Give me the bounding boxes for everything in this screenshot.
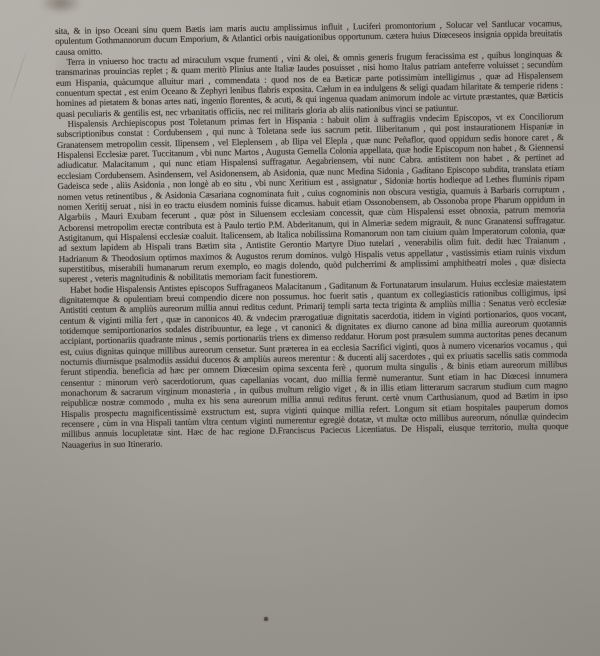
scanned-book-page: sita, & in ipso Oceani sinu quem Bætis i… (0, 0, 600, 656)
paper-speck (264, 617, 268, 621)
paragraph-terra: Terra in vniuerso hoc tractu ad miraculu… (55, 49, 563, 119)
page-text: sita, & in ipso Oceani sinu quem Bætis i… (55, 18, 569, 450)
paper-stain (40, 0, 82, 14)
paragraph-archiepiscopus: Hispalensis Archiepiscopus post Toletanu… (56, 111, 566, 284)
paper-scratch (7, 42, 30, 109)
paragraph-habet-hodie: Habet hodie Hispalensis Antistes episcop… (59, 277, 569, 450)
